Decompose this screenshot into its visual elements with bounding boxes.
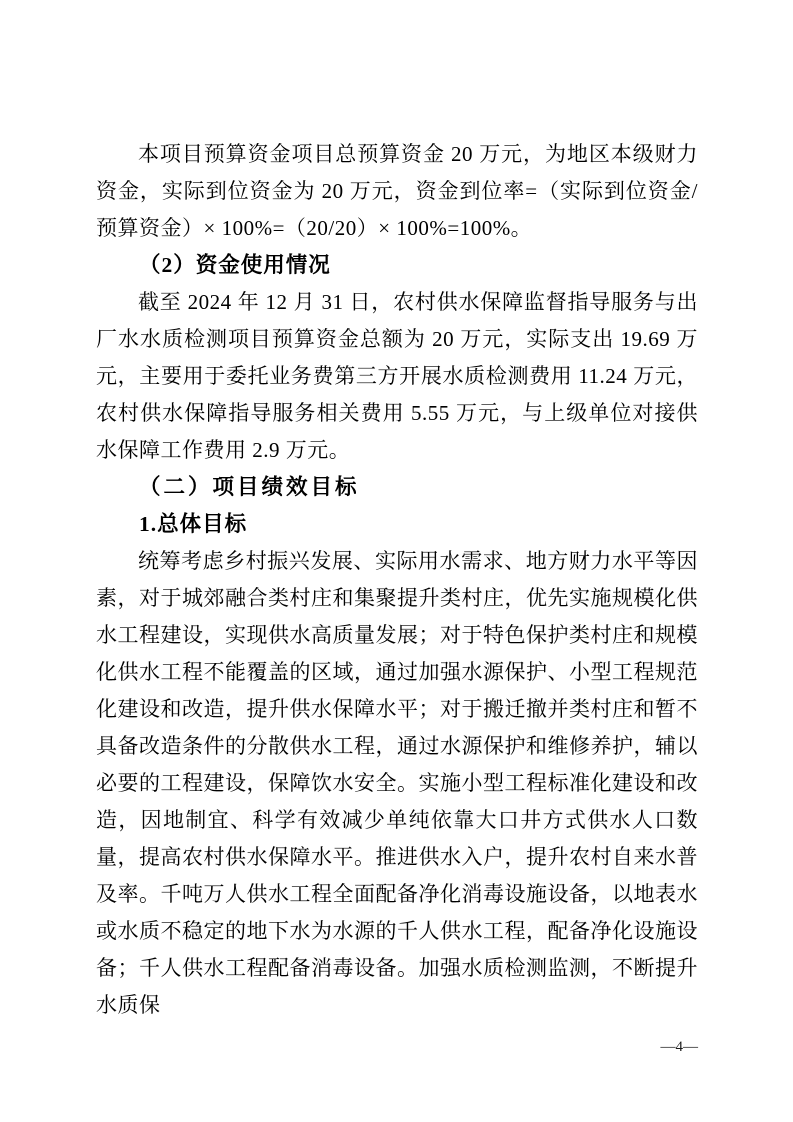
document-body: 本项目预算资金项目总预算资金 20 万元，为地区本级财力资金，实际到位资金为 2… [96, 136, 698, 1024]
paragraph-overall-goal: 统筹考虑乡村振兴发展、实际用水需求、地方财力水平等因素，对于城郊融合类村庄和集聚… [96, 543, 698, 1024]
paragraph-budget-funding: 本项目预算资金项目总预算资金 20 万元，为地区本级财力资金，实际到位资金为 2… [96, 136, 698, 247]
heading-fund-usage: （2）资金使用情况 [96, 247, 698, 284]
heading-overall-goal: 1.总体目标 [96, 506, 698, 543]
heading-performance-goals: （二）项目绩效目标 [96, 469, 698, 506]
document-page: 本项目预算资金项目总预算资金 20 万元，为地区本级财力资金，实际到位资金为 2… [0, 0, 793, 1122]
page-number: —4— [661, 1038, 699, 1056]
paragraph-fund-usage: 截至 2024 年 12 月 31 日，农村供水保障监督指导服务与出厂水水质检测… [96, 284, 698, 469]
